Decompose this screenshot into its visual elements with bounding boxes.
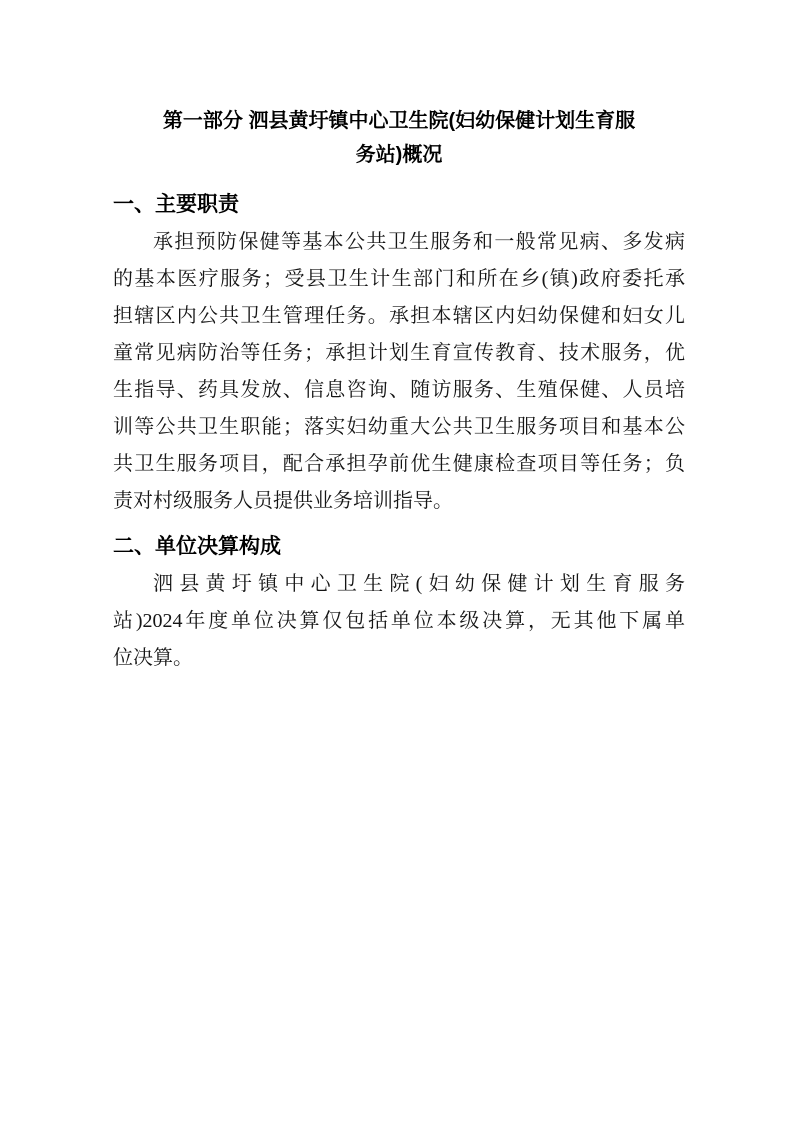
paragraph-line: 位决算。 [113,640,685,677]
section-heading-main-duties: 一、主要职责 [113,192,685,218]
paragraph-main-duties: 承担预防保健等基本公共卫生服务和一般常见病、多发病 的基本医疗服务；受县卫生计生… [113,224,685,520]
paragraph-line: 承担预防保健等基本公共卫生服务和一般常见病、多发病 [113,224,685,261]
paragraph-line: 站)2024年度单位决算仅包括单位本级决算，无其他下属单 [113,603,685,640]
paragraph-line: 泗县黄圩镇中心卫生院(妇幼保健计划生育服务 [113,566,685,603]
section-main-duties: 一、主要职责 承担预防保健等基本公共卫生服务和一般常见病、多发病 的基本医疗服务… [113,192,685,520]
section-heading-budget-composition: 二、单位决算构成 [113,534,685,560]
section-budget-composition: 二、单位决算构成 泗县黄圩镇中心卫生院(妇幼保健计划生育服务 站)2024年度单… [113,534,685,677]
paragraph-line: 共卫生服务项目，配合承担孕前优生健康检查项目等任务；负 [113,446,685,483]
paragraph-line: 担辖区内公共卫生管理任务。承担本辖区内妇幼保健和妇女儿 [113,298,685,335]
document-title-line-2: 务站)概况 [113,138,685,172]
paragraph-line: 训等公共卫生职能；落实妇幼重大公共卫生服务项目和基本公 [113,409,685,446]
document-title: 第一部分 泗县黄圩镇中心卫生院(妇幼保健计划生育服 务站)概况 [113,104,685,172]
document-page: 第一部分 泗县黄圩镇中心卫生院(妇幼保健计划生育服 务站)概况 一、主要职责 承… [0,0,794,1122]
paragraph-line: 的基本医疗服务；受县卫生计生部门和所在乡(镇)政府委托承 [113,261,685,298]
paragraph-budget-composition: 泗县黄圩镇中心卫生院(妇幼保健计划生育服务 站)2024年度单位决算仅包括单位本… [113,566,685,677]
paragraph-line: 生指导、药具发放、信息咨询、随访服务、生殖保健、人员培 [113,372,685,409]
paragraph-line: 童常见病防治等任务；承担计划生育宣传教育、技术服务，优 [113,335,685,372]
document-title-line-1: 第一部分 泗县黄圩镇中心卫生院(妇幼保健计划生育服 [113,104,685,138]
paragraph-line: 责对村级服务人员提供业务培训指导。 [113,483,685,520]
